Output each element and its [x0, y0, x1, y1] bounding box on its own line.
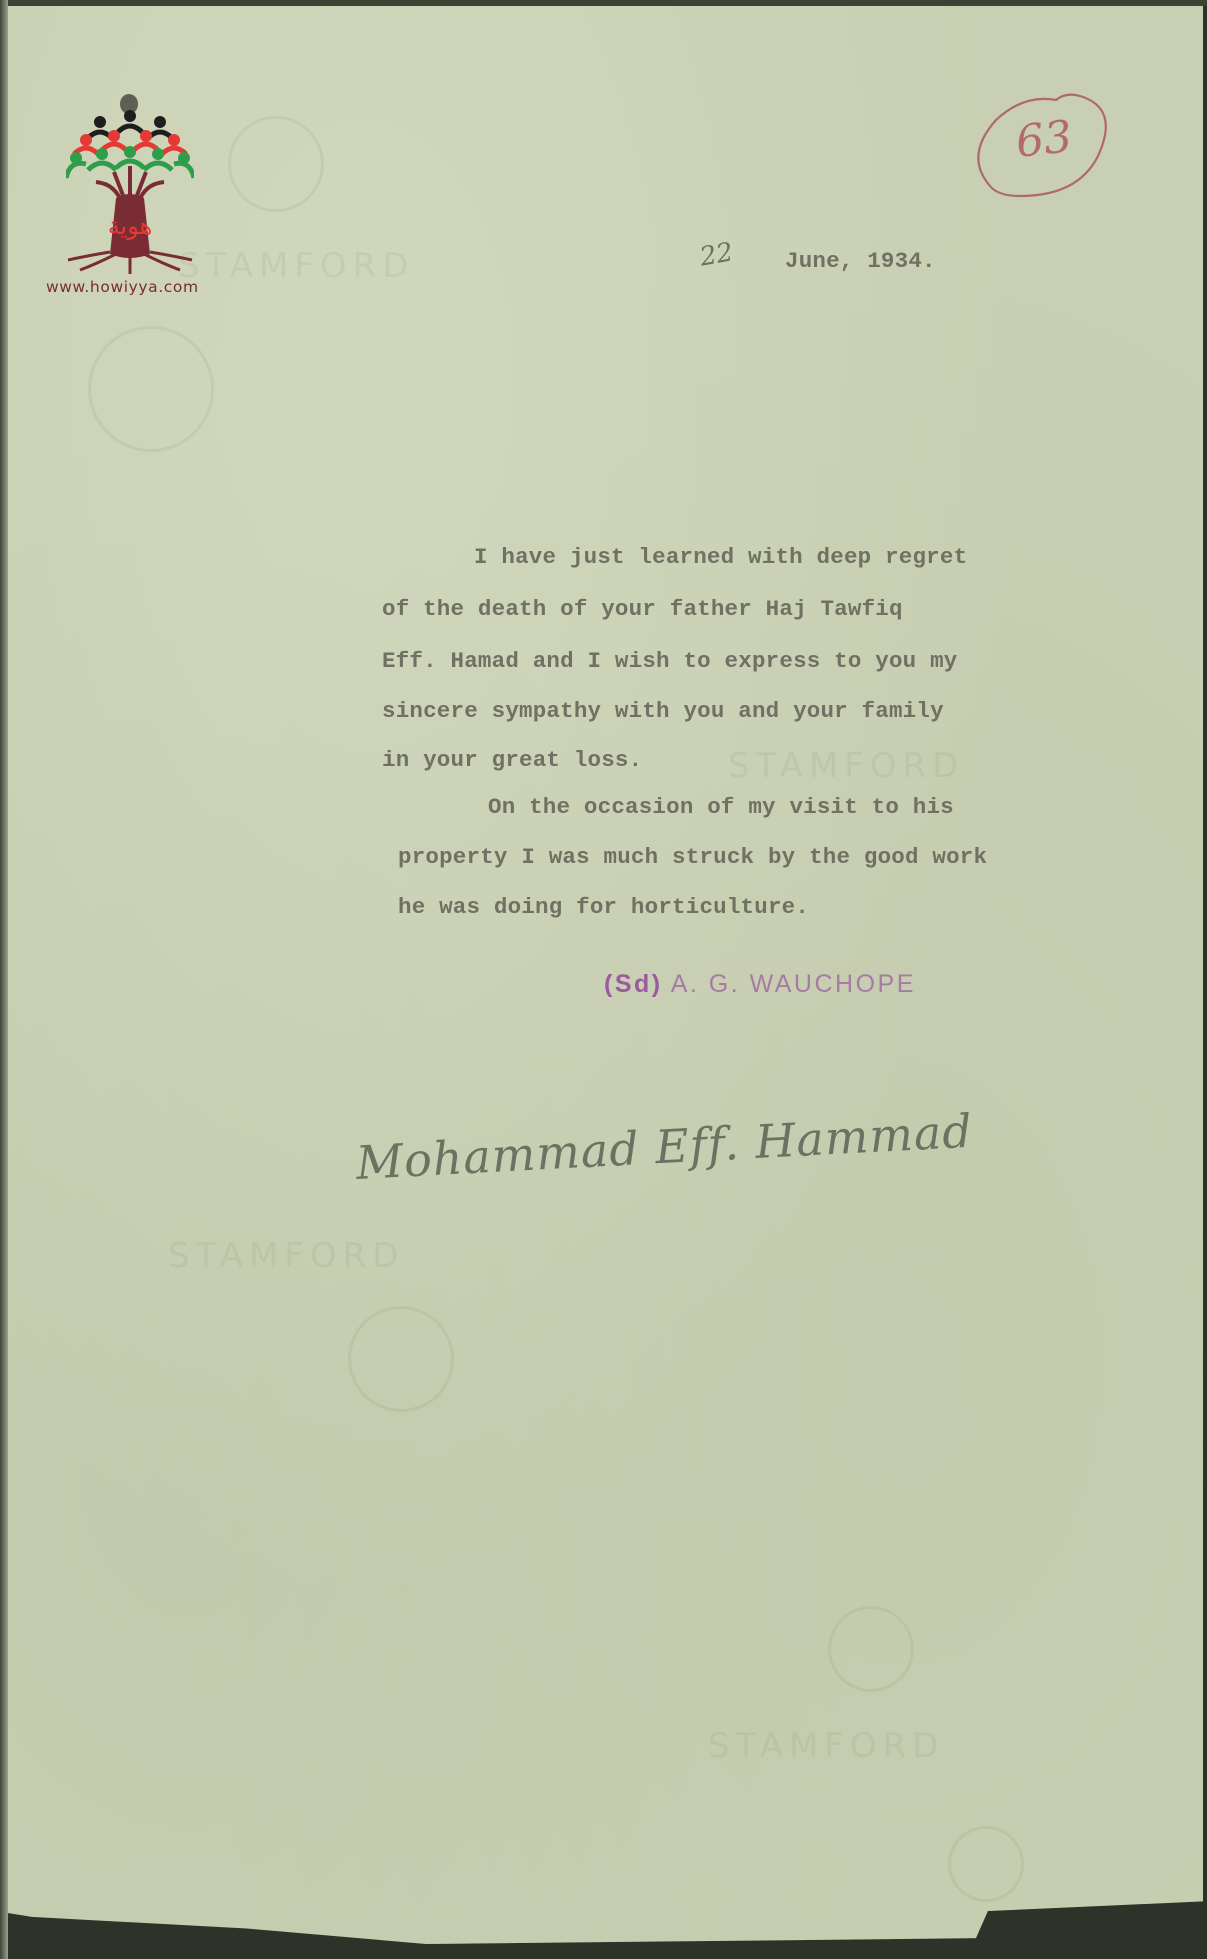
signature-stamp: (Sd) A. G. WAUCHOPE	[604, 970, 916, 999]
family-tree-logo-icon: هوية	[66, 94, 194, 274]
body-line: On the occasion of my visit to his	[488, 794, 954, 820]
ghost-stamp	[88, 326, 214, 452]
signature-name: A. G. WAUCHOPE	[671, 970, 916, 998]
ghost-stamp-text: STAMFORD	[708, 1726, 944, 1766]
addressee-handwritten: Mohammad Eff. Hammad	[355, 1104, 974, 1190]
body-line: of the death of your father Haj Tawfiq	[382, 596, 903, 622]
scan-left-edge	[0, 0, 8, 1959]
body-line: in your great loss.	[382, 747, 642, 773]
date-typed: June, 1934.	[785, 248, 936, 274]
body-line: sincere sympathy with you and your famil…	[382, 698, 944, 724]
folio-number-text: 63	[1013, 111, 1074, 168]
ghost-stamp-text: STAMFORD	[168, 1236, 404, 1276]
signature-prefix: (Sd)	[604, 970, 663, 998]
howiyya-logo: هوية www.howiyya.com	[40, 94, 220, 304]
ghost-stamp	[828, 1606, 914, 1692]
body-line: I have just learned with deep regret	[474, 544, 967, 570]
scan-top-edge	[0, 0, 1207, 6]
logo-arabic-wordmark: هوية	[108, 212, 153, 240]
document-page: STAMFORD STAMFORD STAMFORD STAMFORD	[8, 6, 1203, 1944]
folio-number: 63	[970, 86, 1116, 208]
ghost-stamp-text: STAMFORD	[728, 746, 964, 786]
ghost-stamp	[948, 1826, 1024, 1902]
body-line: he was doing for horticulture.	[398, 894, 809, 920]
body-line: property I was much struck by the good w…	[398, 844, 987, 870]
body-line: Eff. Hamad and I wish to express to you …	[382, 648, 958, 674]
logo-url: www.howiyya.com	[46, 278, 199, 296]
date-day-handwritten: 22	[698, 237, 736, 272]
ghost-stamp	[348, 1306, 454, 1412]
ghost-stamp	[228, 116, 324, 212]
